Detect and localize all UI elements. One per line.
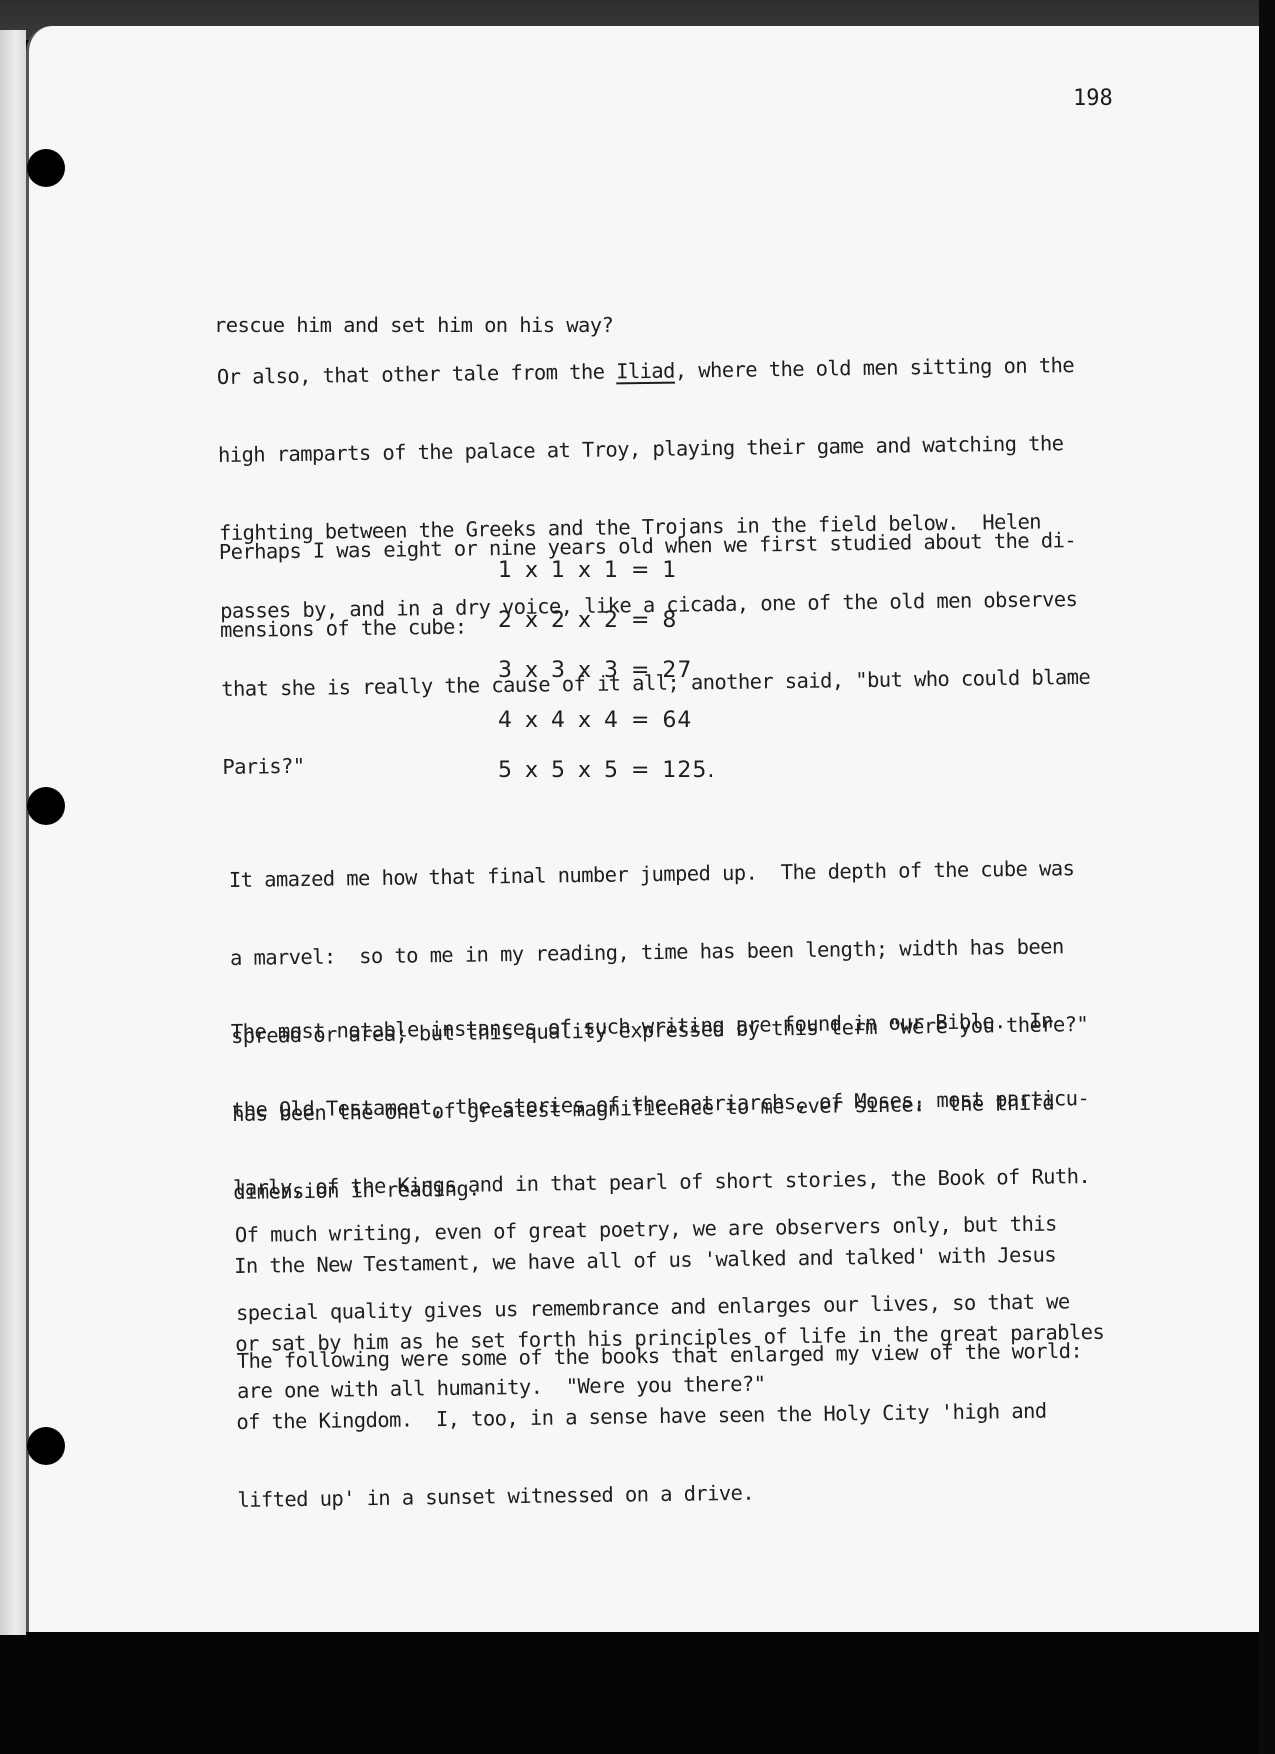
text-line: lifted up' in a sunset witnessed on a dr… bbox=[237, 1475, 1106, 1513]
cube-equation-1: 1 x 1 x 1 = 1 bbox=[498, 558, 677, 583]
punch-hole-bottom bbox=[27, 1427, 65, 1465]
text-segment: , where the old men sitting on the bbox=[675, 353, 1075, 383]
text-line: The most notable instances of such writi… bbox=[231, 1007, 1100, 1045]
text-line: Of much writing, even of great poetry, w… bbox=[235, 1210, 1069, 1248]
text-line: The following were some of the books tha… bbox=[237, 1338, 1083, 1374]
text-line: high ramparts of the palace at Troy, pla… bbox=[218, 430, 1087, 468]
text-line: Or also, that other tale from the Iliad,… bbox=[217, 352, 1086, 390]
cube-equation-3: 3 x 3 x 3 = 27 bbox=[498, 658, 692, 683]
text-segment: Or also, that other tale from the bbox=[217, 359, 617, 389]
text-line: the Old Testament, the stories of the pa… bbox=[232, 1085, 1101, 1123]
cube-equation-4: 4 x 4 x 4 = 64 bbox=[498, 708, 692, 733]
paragraph-7: The following were some of the books tha… bbox=[236, 1286, 1083, 1400]
punch-hole-middle bbox=[27, 787, 65, 825]
cube-equation-5: 5 x 5 x 5 = 125. bbox=[498, 758, 715, 783]
binder-edge bbox=[0, 30, 26, 1635]
book-title-iliad: Iliad bbox=[616, 359, 675, 384]
scan-right-border bbox=[1259, 0, 1275, 1754]
cube-equation-2: 2 x 2 x 2 = 8 bbox=[498, 608, 677, 633]
text-line: It amazed me how that final number jumpe… bbox=[229, 855, 1086, 893]
page-number: 198 bbox=[1073, 86, 1113, 111]
punch-hole-top bbox=[27, 149, 65, 187]
